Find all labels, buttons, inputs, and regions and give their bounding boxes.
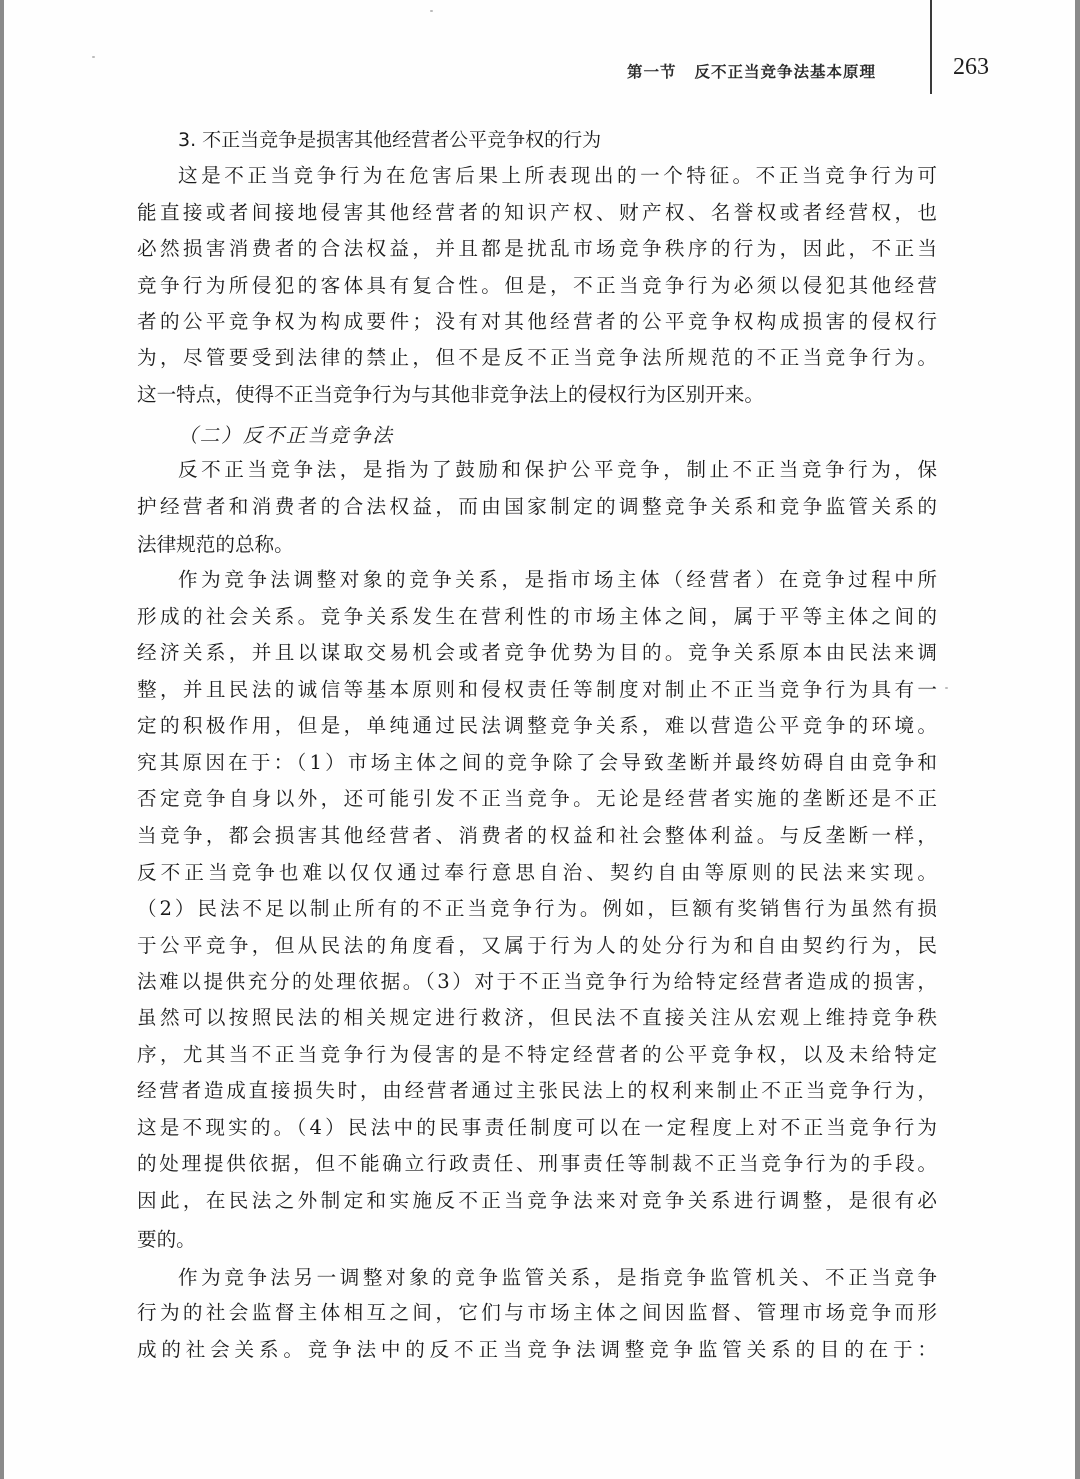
section-heading: （二）反不正当竞争法 — [178, 424, 937, 448]
text-line: 当竞争，都会损害其他经营者、消费者的权益和社会整体利益。与反垄断一样， — [137, 824, 937, 848]
text-line: 必然损害消费者的合法权益，并且都是扰乱市场竞争秩序的行为，因此，不正当 — [137, 237, 937, 261]
text-line: 反不正当竞争也难以仅仅通过奉行意思自治、契约自由等原则的民法来实现。 — [137, 861, 937, 885]
text-line: 的处理提供依据，但不能确立行政责任、刑事责任等制裁不正当竞争行为的手段。 — [137, 1152, 937, 1176]
text-line: 作为竞争法另一调整对象的竞争监管关系，是指竞争监管机关、不正当竞争 — [178, 1266, 937, 1290]
text-line: 作为竞争法调整对象的竞争关系，是指市场主体（经营者）在竞争过程中所 — [178, 568, 937, 592]
text-line: 能直接或者间接地侵害其他经营者的知识产权、财产权、名誉权或者经营权，也 — [137, 201, 937, 225]
scan-edge-right — [1075, 0, 1080, 1479]
text-line: 成的社会关系。竞争法中的反不正当竞争法调整竞争监管关系的目的在于： — [137, 1338, 937, 1362]
text-line: 因此，在民法之外制定和实施反不正当竞争法来对竞争关系进行调整，是很有必 — [137, 1189, 937, 1213]
text-line: 经营者造成直接损失时，由经营者通过主张民法上的权利来制止不正当竞争行为， — [137, 1079, 937, 1103]
text-line: 要的。 — [137, 1228, 937, 1252]
text-line: 行为的社会监督主体相互之间，它们与市场主体之间因监督、管理市场竞争而形 — [137, 1301, 937, 1325]
text-line: 整，并且民法的诚信等基本原则和侵权责任等制度对制止不正当竞争行为具有一 — [137, 678, 937, 702]
text-line: 法难以提供充分的处理依据。（3）对于不正当竞争行为给特定经营者造成的损害， — [137, 970, 937, 994]
running-header: 第一节反不正当竞争法基本原理 — [627, 60, 876, 82]
text-line: 这是不正当竞争行为在危害后果上所表现出的一个特征。不正当竞争行为可 — [178, 164, 937, 188]
header-divider — [930, 0, 932, 94]
text-line: 反不正当竞争法，是指为了鼓励和保护公平竞争，制止不正当竞争行为，保 — [178, 458, 937, 482]
scan-speck — [430, 10, 433, 12]
text-line: 经济关系，并且以谋取交易机会或者竞争优势为目的。竞争关系原本由民法来调 — [137, 641, 937, 665]
text-line: 于公平竞争，但从民法的角度看，又属于行为人的处分行为和自由契约行为，民 — [137, 934, 937, 958]
text-line: 护经营者和消费者的合法权益，而由国家制定的调整竞争关系和竞争监管关系的 — [137, 495, 937, 519]
text-line: 虽然可以按照民法的相关规定进行救济，但民法不直接关注从宏观上维持竞争秩 — [137, 1006, 937, 1030]
text-line: 定的积极作用，但是，单纯通过民法调整竞争关系，难以营造公平竞争的环境。 — [137, 714, 937, 738]
text-line: 究其原因在于：（1）市场主体之间的竞争除了会导致垄断并最终妨碍自由竞争和 — [137, 751, 937, 775]
text-line: 法律规范的总称。 — [137, 533, 937, 557]
subheading: 3. 不正当竞争是损害其他经营者公平竞争权的行为 — [178, 128, 937, 152]
text-line: 为，尽管要受到法律的禁止，但不是反不正当竞争法所规范的不正当竞争行为。 — [137, 346, 937, 370]
text-line: 竞争行为所侵犯的客体具有复合性。但是，不正当竞争行为必须以侵犯其他经营 — [137, 274, 937, 298]
text-line: 否定竞争自身以外，还可能引发不正当竞争。无论是经营者实施的垄断还是不正 — [137, 787, 937, 811]
text-line: 者的公平竞争权为构成要件；没有对其他经营者的公平竞争权构成损害的侵权行 — [137, 310, 937, 334]
page-number: 263 — [953, 54, 989, 81]
text-line: 序，尤其当不正当竞争行为侵害的是不特定经营者的公平竞争权，以及未给特定 — [137, 1043, 937, 1067]
section-label: 第一节 — [627, 63, 677, 81]
text-line: 形成的社会关系。竞争关系发生在营利性的市场主体之间，属于平等主体之间的 — [137, 605, 937, 629]
scan-speck — [92, 56, 95, 58]
text-line: 这是不现实的。（4）民法中的民事责任制度可以在一定程度上对不正当竞争行为 — [137, 1116, 937, 1140]
text-line: 这一特点，使得不正当竞争行为与其他非竞争法上的侵权行为区别开来。 — [137, 383, 937, 407]
text-line: （2）民法不足以制止所有的不正当竞争行为。例如，巨额有奖销售行为虽然有损 — [137, 897, 937, 921]
chapter-title: 反不正当竞争法基本原理 — [695, 63, 877, 81]
scan-speck — [945, 687, 948, 689]
